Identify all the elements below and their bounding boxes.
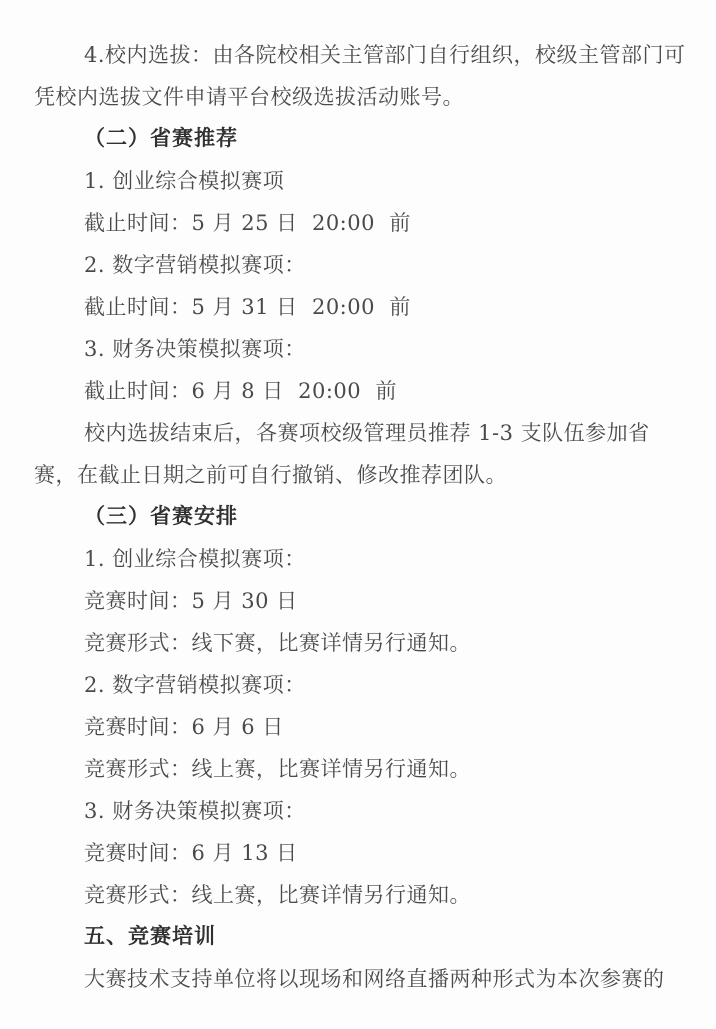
- heading-section3-provincial-arrangement: （三）省赛安排: [34, 496, 688, 538]
- para-recommendation-line1: 校内选拔结束后，各赛项校级管理员推荐 1-3 支队伍参加省: [34, 412, 688, 454]
- para-training-line1: 大赛技术支持单位将以现场和网络直播两种形式为本次参赛的: [34, 958, 688, 1000]
- para-campus-selection-line1: 4.校内选拔：由各院校相关主管部门自行组织，校级主管部门可: [34, 34, 688, 76]
- time-entrepreneurship: 竞赛时间：5 月 30 日: [34, 580, 688, 622]
- para-campus-selection-line2: 凭校内选拔文件申请平台校级选拔活动账号。: [34, 76, 688, 118]
- deadline-financial-decision: 截止时间：6 月 8 日 20:00 前: [34, 370, 688, 412]
- document-page: 4.校内选拔：由各院校相关主管部门自行组织，校级主管部门可 凭校内选拔文件申请平…: [0, 0, 716, 1029]
- format-financial-decision: 竞赛形式：线上赛，比赛详情另行通知。: [34, 874, 688, 916]
- time-digital-marketing: 竞赛时间：6 月 6 日: [34, 706, 688, 748]
- item-3-financial-decision-simulation: 3. 财务决策模拟赛项：: [34, 328, 688, 370]
- item-2-digital-marketing-simulation: 2. 数字营销模拟赛项：: [34, 244, 688, 286]
- item-2-digital-marketing-simulation-arrangement: 2. 数字营销模拟赛项：: [34, 664, 688, 706]
- time-financial-decision: 竞赛时间：6 月 13 日: [34, 832, 688, 874]
- deadline-digital-marketing: 截止时间：5 月 31 日 20:00 前: [34, 286, 688, 328]
- item-1-entrepreneurship-simulation-arrangement: 1. 创业综合模拟赛项：: [34, 538, 688, 580]
- item-3-financial-decision-simulation-arrangement: 3. 财务决策模拟赛项：: [34, 790, 688, 832]
- format-entrepreneurship: 竞赛形式：线下赛，比赛详情另行通知。: [34, 622, 688, 664]
- item-1-entrepreneurship-simulation: 1. 创业综合模拟赛项: [34, 160, 688, 202]
- heading-section2-provincial-recommendation: （二）省赛推荐: [34, 118, 688, 160]
- heading-section5-competition-training: 五、竞赛培训: [34, 916, 688, 958]
- deadline-entrepreneurship: 截止时间：5 月 25 日 20:00 前: [34, 202, 688, 244]
- format-digital-marketing: 竞赛形式：线上赛，比赛详情另行通知。: [34, 748, 688, 790]
- para-recommendation-line2: 赛，在截止日期之前可自行撤销、修改推荐团队。: [34, 454, 688, 496]
